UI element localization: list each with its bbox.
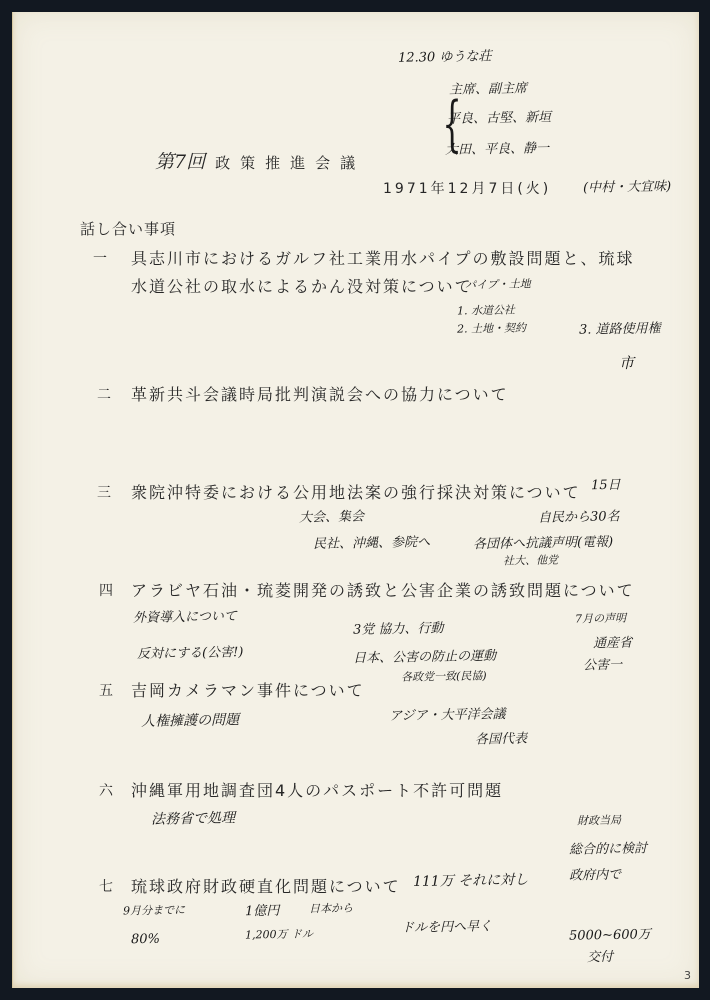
item-4-note-1: 外資導入について [133,605,237,626]
item-5-note-3: 各国代表 [475,728,527,748]
item-4-number: 四 [99,580,113,600]
item-2-line-1: 革新共斗会議時局批判演説会への協力について [131,382,509,405]
item-1-number: 一 [93,248,107,268]
title-text: 政策推進会議 [215,154,365,172]
item-1-line-2: 水道公社の取水によるかん没対策について [131,274,473,297]
item-7-note-5: 1,200万 ドル [245,925,313,942]
item-4-note-5: 各政党一致(民協) [401,667,487,684]
title-prefix: 第7回 [155,151,205,173]
item-6-line-1: 沖縄軍用地調査団4人のパスポート不許可問題 [131,778,503,801]
item-4-line-1: アラビヤ石油・琉菱開発の誘致と公害企業の誘致問題について [131,578,635,601]
item-7-line-1: 琉球政府財政硬直化問題について [131,874,401,897]
item-5-note-2: アジア・大平洋会議 [389,703,506,724]
item-6-note-1: 法務省で処理 [151,807,235,828]
item-4-note-3: 3党 協力、行動 [353,617,444,638]
attendee-line-1: 主席、副主席 [449,77,527,97]
item-4-note-4: 日本、公害の防止の運動 [353,645,496,666]
item-5-number: 五 [99,680,113,700]
item-3-note-5: 各団体へ抗議声明(電報) [473,531,613,552]
item-7-note-2: 9月分までに [123,901,185,918]
item-2-number: 二 [97,384,111,404]
item-4-note-6: 7月の声明 [575,610,626,627]
item-1-note-4: 3. 道路使用権 [579,317,661,337]
item-1-note-2: 1. 水道公社 [457,301,515,318]
item-4-note-2: 反対にする(公害!) [137,641,244,662]
item-7-note-4: 日本から [309,900,353,917]
item-7-note-9: 総合的に検討 [569,837,647,857]
item-7-note-3: 1億円 [245,900,280,920]
item-1-note-3: 2. 土地・契約 [457,319,526,336]
item-1-note-1: パイプ・土地 [465,275,531,292]
meeting-date: 1971年12月7日(火) [383,178,551,198]
attendee-line-3: 大田、平良、静一 [445,137,549,158]
item-6-number: 六 [99,780,113,800]
item-7-number: 七 [99,876,113,896]
item-3-note-2: 大会、集会 [299,505,364,525]
item-7-note-1: 111万 それに対し [413,869,529,891]
item-7-note-12: 交付 [587,946,613,965]
item-5-note-1: 人権擁護の問題 [141,709,239,731]
item-3-line-1: 衆院沖特委における公用地法案の強行採決対策について [131,480,581,503]
item-4-note-8: 公害一 [583,654,622,674]
document-page: 12.30 ゆうな荘 { 主席、副主席 平良、古堅、新垣 大田、平良、静一 第7… [12,12,699,988]
date-note: (中村・大宜味) [583,175,671,196]
item-7-note-6: ドルを円へ早く [401,915,492,936]
item-7-note-10: 政府内で [569,864,621,884]
page-title: 第7回政策推進会議 [155,147,365,174]
item-7-note-8: 財政当局 [577,812,621,829]
item-4-note-7: 通産省 [593,632,632,652]
attendee-line-2: 平良、古堅、新垣 [447,106,551,127]
section-heading: 話し合い事項 [80,218,176,239]
item-3-number: 三 [97,482,111,502]
item-3-note-3: 自民から30名 [538,505,620,525]
attendance-header: 12.30 ゆうな荘 [398,45,492,66]
item-7-note-11: 5000~600万 [569,923,651,943]
item-3-note-4: 民社、沖縄、参院へ [313,531,430,552]
item-7-note-7: 80% [131,932,160,948]
item-3-note-1: 15日 [591,474,621,494]
item-1-note-5: 市 [619,352,634,373]
page-number: 3 [684,969,691,982]
item-5-line-1: 吉岡カメラマン事件について [131,678,365,701]
item-3-note-6: 社大、他党 [503,552,558,569]
item-1-line-1: 具志川市におけるガルフ社工業用水パイプの敷設問題と、琉球 [131,246,635,269]
